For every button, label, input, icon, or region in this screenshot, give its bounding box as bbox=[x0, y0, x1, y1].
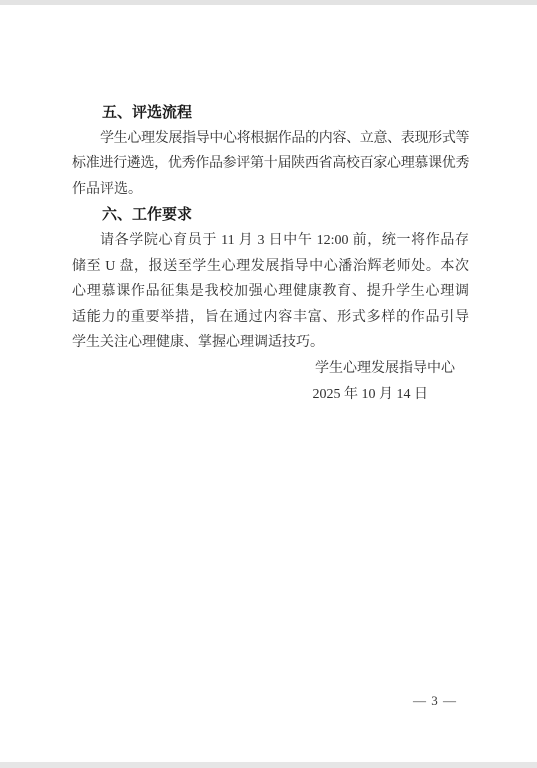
section-heading-6: 六、工作要求 bbox=[72, 202, 469, 228]
page-number: — 3 — bbox=[413, 693, 457, 709]
paragraph-line: 心理慕课作品征集是我校加强心理健康教育、提升学生心理调 bbox=[72, 279, 469, 305]
signature-organization: 学生心理发展指导中心 bbox=[72, 356, 469, 382]
paragraph-line: 标准进行遴选，优秀作品参评第十届陕西省高校百家心理慕课优秀 bbox=[72, 151, 469, 177]
paragraph-line: 学生关注心理健康、掌握心理调适技巧。 bbox=[72, 330, 469, 356]
paragraph-line: 学生心理发展指导中心将根据作品的内容、立意、表现形式等 bbox=[72, 126, 469, 152]
signature-date: 2025 年 10 月 14 日 bbox=[72, 382, 469, 408]
paragraph-line: 适能力的重要举措，旨在通过内容丰富、形式多样的作品引导 bbox=[72, 305, 469, 331]
document-page: { "page": { "background": "#ffffff", "to… bbox=[0, 0, 537, 768]
section-heading-5: 五、评选流程 bbox=[72, 100, 469, 126]
paragraph-line: 作品评选。 bbox=[72, 177, 469, 203]
paragraph-line: 请各学院心育员于 11 月 3 日中午 12:00 前，统一将作品存 bbox=[72, 228, 469, 254]
page-bottom-edge bbox=[0, 762, 537, 768]
document-body: 五、评选流程 学生心理发展指导中心将根据作品的内容、立意、表现形式等 标准进行遴… bbox=[72, 100, 469, 407]
paragraph-line: 储至 U 盘，报送至学生心理发展指导中心潘治辉老师处。本次 bbox=[72, 254, 469, 280]
page-top-edge bbox=[0, 0, 537, 5]
